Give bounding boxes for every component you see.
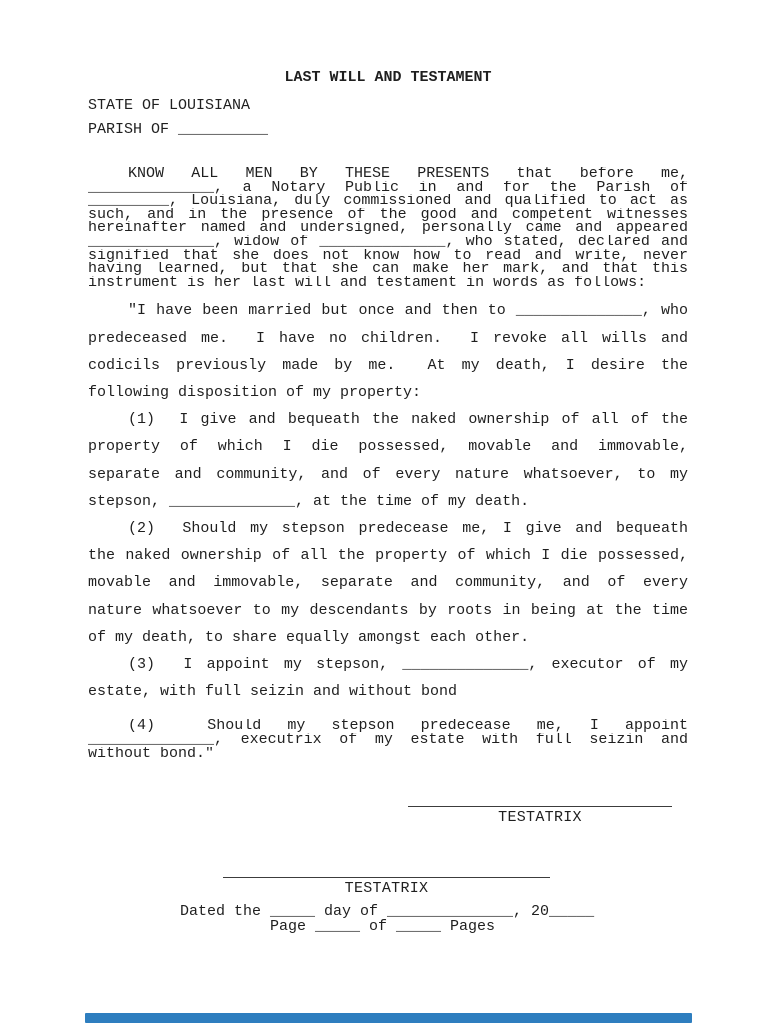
parish-blank-line: PARISH OF __________ [88,122,688,138]
testatrix-label-lower: TESTATRIX [223,878,550,896]
testatrix-label-upper: TESTATRIX [408,807,672,825]
text-line: (3) I appoint my stepson, ______________… [88,651,688,678]
text-line: (1) I give and bequeath the naked owners… [88,406,688,433]
paragraph-marriage: "I have been married but once and then t… [88,297,688,406]
paragraphs-container: KNOW ALL MEN BY THESE PRESENTS that befo… [88,167,688,760]
testatrix-signature-block-lower: TESTATRIX [223,877,550,896]
text-line: predeceased me. I have no children. I re… [88,325,688,352]
document-title: LAST WILL AND TESTAMENT [88,70,688,85]
text-line: codicils previously made by me. At my de… [88,352,688,379]
text-line: such, and in the presence of the good an… [88,208,688,222]
text-line: KNOW ALL MEN BY THESE PRESENTS that befo… [88,167,688,181]
text-line: property of which I die possessed, movab… [88,433,688,460]
paragraph-bequest-1: (1) I give and bequeath the naked owners… [88,406,688,515]
will-document-page: LAST WILL AND TESTAMENT STATE OF LOUISIA… [0,0,770,1024]
text-line: movable and immovable, separate and comm… [88,569,688,596]
text-line: ______________, widow of ______________,… [88,235,688,249]
text-line: "I have been married but once and then t… [88,297,688,324]
text-line: the naked ownership of all the property … [88,542,688,569]
page-count-line: Page _____ of _____ Pages [270,919,495,934]
text-line: _________, Louisiana, duly commissioned … [88,194,688,208]
text-line: ______________, executrix of my estate w… [88,733,688,747]
dated-blank-line: Dated the _____ day of ______________, 2… [180,904,594,919]
text-line: (4) Should my stepson predecease me, I a… [88,719,688,733]
footer-accent-bar [85,1013,692,1023]
text-line: without bond." [88,747,688,761]
paragraph-executor: (3) I appoint my stepson, ______________… [88,651,688,705]
text-line: hereinafter named and undersigned, perso… [88,221,688,235]
text-line: separate and community, and of every nat… [88,461,688,488]
document-body: LAST WILL AND TESTAMENT STATE OF LOUISIA… [88,0,688,760]
text-line: stepson, ______________, at the time of … [88,488,688,515]
testatrix-signature-block-upper: TESTATRIX [408,806,672,825]
paragraph-opening: KNOW ALL MEN BY THESE PRESENTS that befo… [88,167,688,289]
text-line: of my death, to share equally amongst ea… [88,624,688,651]
text-line: (2) Should my stepson predecease me, I g… [88,515,688,542]
text-line: signified that she does not know how to … [88,249,688,263]
text-line: ______________, a Notary Public in and f… [88,181,688,195]
text-line: estate, with full seizin and without bon… [88,678,688,705]
paragraph-executrix: (4) Should my stepson predecease me, I a… [88,719,688,760]
text-line: nature whatsoever to my descendants by r… [88,597,688,624]
state-line: STATE OF LOUISIANA [88,98,688,113]
text-line: following disposition of my property: [88,379,688,406]
text-line: having learned, but that she can make he… [88,262,688,276]
text-line: instrument is her last will and testamen… [88,276,688,290]
paragraph-bequest-2: (2) Should my stepson predecease me, I g… [88,515,688,651]
